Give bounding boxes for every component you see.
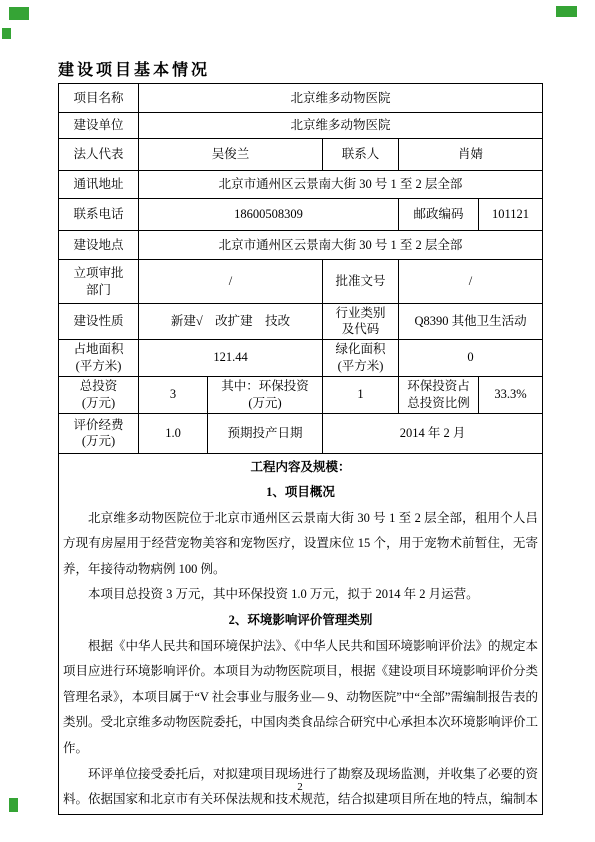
site-label: 建设地点 [59,231,139,260]
section1-para1: 北京维多动物医院位于北京市通州区云景南大街 30 号 1 至 2 层全部，租用个… [63,506,538,583]
row-legal-rep: 法人代表 吴俊兰 联系人 肖婧 [59,139,543,171]
eval-cost-label-line1: 评价经费 [63,417,134,433]
approval-no-label: 批准文号 [323,260,399,304]
env-investment-label-line1: 其中：环保投资 [212,378,318,394]
approval-dept-value: / [139,260,323,304]
industry-label-line2: 及代码 [327,321,394,337]
green-area-label-line2: (平方米) [327,358,394,374]
contact-value: 肖婧 [399,139,543,171]
total-investment-label: 总投资 (万元) [59,376,139,413]
env-ratio-label: 环保投资占 总投资比例 [399,376,479,413]
env-ratio-value: 33.3% [479,376,543,413]
postcode-value: 101121 [479,199,543,231]
project-content-cell: 工程内容及规模： 1、项目概况 北京维多动物医院位于北京市通州区云景南大街 30… [59,453,543,814]
industry-label: 行业类别 及代码 [323,304,399,340]
phone-value: 18600508309 [139,199,399,231]
land-area-label-line2: (平方米) [63,358,134,374]
green-area-label: 绿化面积 (平方米) [323,339,399,376]
total-investment-label-line1: 总投资 [63,378,134,394]
legal-rep-value: 吴俊兰 [139,139,323,171]
project-info-table: 项目名称 北京维多动物医院 建设单位 北京维多动物医院 法人代表 吴俊兰 联系人… [58,83,543,815]
green-scan-mark-left-edge [2,28,11,39]
row-builder: 建设单位 北京维多动物医院 [59,113,543,139]
land-area-label-line1: 占地面积 [63,341,134,357]
green-scan-mark-top-right [556,6,577,17]
contact-label: 联系人 [323,139,399,171]
document-page: 建设项目基本情况 项目名称 北京维多动物医院 建设单位 北京维多动物医院 法人代… [0,0,595,842]
section2-para1: 根据《中华人民共和国环境保护法》、《中华人民共和国环境影响评价法》的规定本项目应… [63,634,538,762]
land-area-label: 占地面积 (平方米) [59,339,139,376]
approval-dept-label-line2: 部门 [63,282,134,298]
env-ratio-label-line1: 环保投资占 [403,378,474,394]
address-value: 北京市通州区云景南大街 30 号 1 至 2 层全部 [139,171,543,199]
industry-label-line1: 行业类别 [327,305,394,321]
project-name-value: 北京维多动物医院 [139,84,543,113]
row-nature: 建设性质 新建√ 改扩建 技改 行业类别 及代码 Q8390 其他卫生活动 [59,304,543,340]
legal-rep-label: 法人代表 [59,139,139,171]
approval-dept-label: 立项审批 部门 [59,260,139,304]
industry-value: Q8390 其他卫生活动 [399,304,543,340]
eval-cost-label-line2: (万元) [63,433,134,449]
row-investment: 总投资 (万元) 3 其中：环保投资 (万元) 1 环保投资占 总投资比例 33… [59,376,543,413]
total-investment-label-line2: (万元) [63,395,134,411]
approval-dept-label-line1: 立项审批 [63,265,134,281]
content-heading: 工程内容及规模： [63,455,538,481]
nature-label: 建设性质 [59,304,139,340]
row-approval: 立项审批 部门 / 批准文号 / [59,260,543,304]
green-area-label-line1: 绿化面积 [327,341,394,357]
land-area-value: 121.44 [139,339,323,376]
green-scan-mark-top-left [9,7,29,20]
env-investment-label: 其中：环保投资 (万元) [208,376,323,413]
phone-label: 联系电话 [59,199,139,231]
address-label: 通讯地址 [59,171,139,199]
row-project-content: 工程内容及规模： 1、项目概况 北京维多动物医院位于北京市通州区云景南大街 30… [59,453,543,814]
page-number: 2 [58,781,542,793]
approval-no-value: / [399,260,543,304]
row-eval-cost: 评价经费 (万元) 1.0 预期投产日期 2014 年 2 月 [59,413,543,453]
builder-value: 北京维多动物医院 [139,113,543,139]
env-investment-label-line2: (万元) [212,395,318,411]
green-area-value: 0 [399,339,543,376]
row-phone: 联系电话 18600508309 邮政编码 101121 [59,199,543,231]
env-investment-value: 1 [323,376,399,413]
site-value: 北京市通州区云景南大街 30 号 1 至 2 层全部 [139,231,543,260]
production-date-label: 预期投产日期 [208,413,323,453]
row-address: 通讯地址 北京市通州区云景南大街 30 号 1 至 2 层全部 [59,171,543,199]
green-scan-mark-bottom-left [9,798,18,812]
total-investment-value: 3 [139,376,208,413]
row-project-name: 项目名称 北京维多动物医院 [59,84,543,113]
page-title: 建设项目基本情况 [58,57,210,80]
production-date-value: 2014 年 2 月 [323,413,543,453]
env-ratio-label-line2: 总投资比例 [403,395,474,411]
eval-cost-label: 评价经费 (万元) [59,413,139,453]
builder-label: 建设单位 [59,113,139,139]
section1-para2: 本项目总投资 3 万元，其中环保投资 1.0 万元，拟于 2014 年 2 月运… [63,582,538,608]
nature-value: 新建√ 改扩建 技改 [139,304,323,340]
section2-heading: 2、环境影响评价管理类别 [63,608,538,634]
section1-heading: 1、项目概况 [63,480,538,506]
postcode-label: 邮政编码 [399,199,479,231]
row-land-area: 占地面积 (平方米) 121.44 绿化面积 (平方米) 0 [59,339,543,376]
eval-cost-value: 1.0 [139,413,208,453]
row-site: 建设地点 北京市通州区云景南大街 30 号 1 至 2 层全部 [59,231,543,260]
project-name-label: 项目名称 [59,84,139,113]
